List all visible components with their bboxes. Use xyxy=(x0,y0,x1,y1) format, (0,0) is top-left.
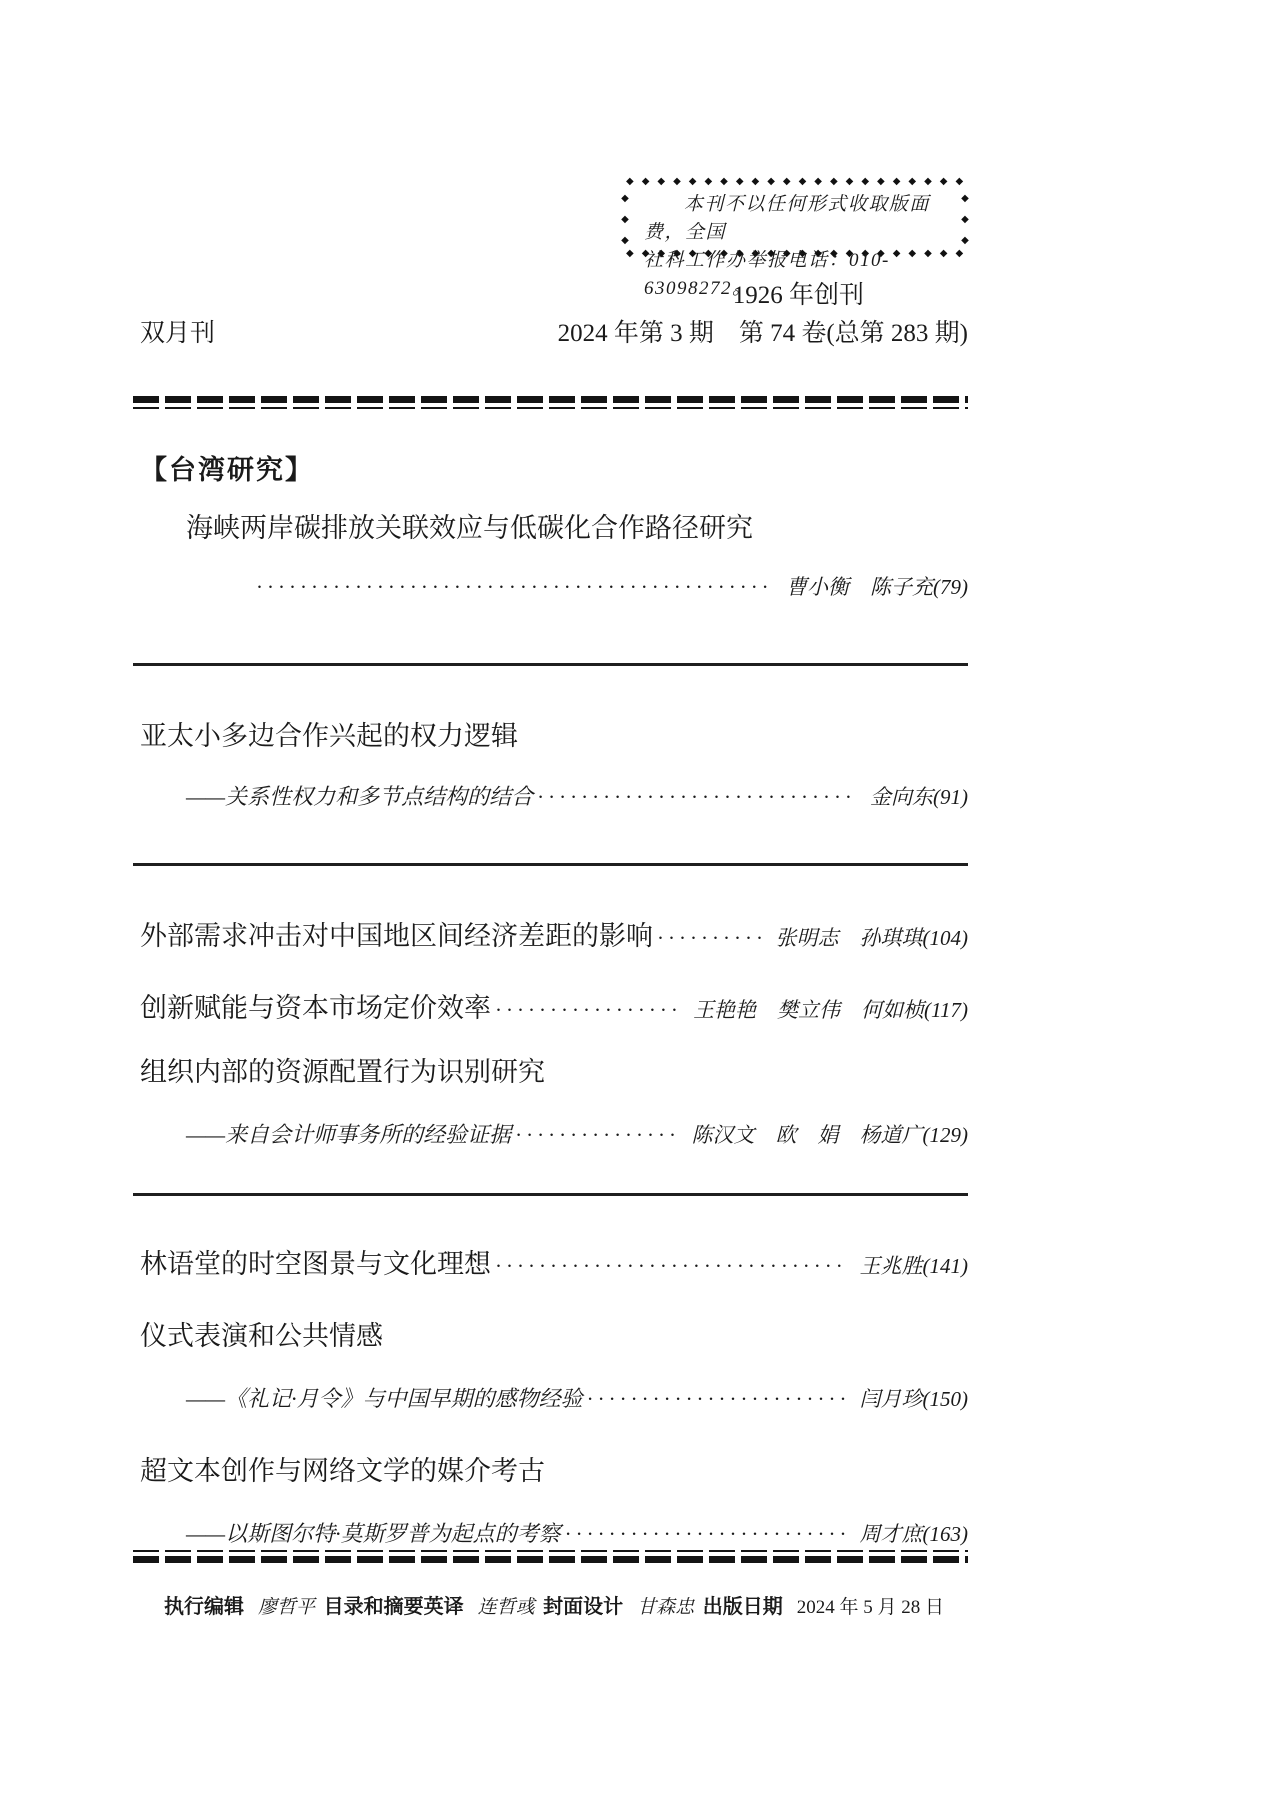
toc-entry: 海峡两岸碳排放关联效应与低碳化合作路径研究 曹小衡 陈子充(79) xyxy=(140,510,968,605)
diamond-border-top-icon xyxy=(626,176,964,188)
footer-value: 甘森忠 xyxy=(637,1592,694,1619)
toc-entry: 超文本创作与网络文学的媒介考古 ——以斯图尔特·莫斯罗普为起点的考察 周才庶(1… xyxy=(140,1453,968,1552)
subtitle-row: ——来自会计师事务所的经验证据 陈汉文 欧 娟 杨道广(129) xyxy=(140,1120,968,1153)
article-title: 超文本创作与网络文学的媒介考古 xyxy=(140,1453,968,1489)
footer-item-cover-design: 封面设计 甘森忠 xyxy=(543,1590,694,1619)
section-label-taiwan-studies: 【台湾研究】 xyxy=(140,452,968,488)
article-authors-page: 王艳艳 樊立伟 何如桢(117) xyxy=(685,995,968,1025)
separator-thick-line xyxy=(133,1556,968,1563)
footer-label: 封面设计 xyxy=(543,1590,623,1619)
article-title: 组织内部的资源配置行为识别研究 xyxy=(140,1054,968,1090)
separator-thick-line xyxy=(133,396,968,403)
article-authors-page: 陈汉文 欧 娟 杨道广(129) xyxy=(684,1120,969,1150)
toc-entry: 林语堂的时空图景与文化理想 王兆胜(141) xyxy=(140,1246,968,1284)
article-subtitle: ——来自会计师事务所的经验证据 xyxy=(186,1120,511,1150)
dot-leader xyxy=(587,1384,848,1417)
article-authors-page: 曹小衡 陈子充(79) xyxy=(778,572,968,602)
article-title: 仪式表演和公共情感 xyxy=(140,1318,968,1354)
footer-value: 2024 年 5 月 28 日 xyxy=(797,1592,944,1619)
diamond-border-left-icon xyxy=(619,188,631,248)
dot-leader xyxy=(537,782,858,815)
footer-value: 廖哲平 xyxy=(258,1592,315,1619)
section-rule xyxy=(133,1193,968,1196)
footer-value: 连哲彧 xyxy=(478,1592,535,1619)
frequency-label: 双月刊 xyxy=(140,319,215,349)
dot-leader xyxy=(256,572,774,605)
notice-box: 本刊不以任何形式收取版面费，全国 社科工作办举报电话：010-63098272。 xyxy=(622,180,968,256)
footer-separator xyxy=(133,1550,968,1563)
toc-entry: 亚太小多边合作兴起的权力逻辑 ——关系性权力和多节点结构的结合 金向东(91) xyxy=(140,718,968,815)
subtitle-row: ——关系性权力和多节点结构的结合 金向东(91) xyxy=(140,782,968,815)
subtitle-row: ——以斯图尔特·莫斯罗普为起点的考察 周才庶(163) xyxy=(140,1519,968,1552)
header-separator xyxy=(133,396,968,409)
notice-line-1: 本刊不以任何形式收取版面费，全国 xyxy=(644,191,954,247)
dot-leader xyxy=(495,995,681,1028)
separator-thin-line xyxy=(133,1550,968,1552)
issue-info: 2024 年第 3 期 第 74 卷(总第 283 期) xyxy=(558,319,968,349)
article-subtitle: ——以斯图尔特·莫斯罗普为起点的考察 xyxy=(186,1519,561,1549)
footer-label: 出版日期 xyxy=(703,1590,783,1619)
toc-entry: 外部需求冲击对中国地区间经济差距的影响 张明志 孙琪琪(104) xyxy=(140,918,968,956)
article-title: 创新赋能与资本市场定价效率 xyxy=(140,990,491,1026)
article-title: 外部需求冲击对中国地区间经济差距的影响 xyxy=(140,918,653,954)
article-authors-page: 闫月珍(150) xyxy=(852,1384,969,1414)
issue-row: 双月刊 2024 年第 3 期 第 74 卷(总第 283 期) xyxy=(140,319,968,349)
journal-toc-page: 本刊不以任何形式收取版面费，全国 社科工作办举报电话：010-63098272。… xyxy=(0,0,1269,1796)
dot-leader xyxy=(565,1519,848,1552)
article-title: 林语堂的时空图景与文化理想 xyxy=(140,1246,491,1282)
footer-credits: 执行编辑 廖哲平 目录和摘要英译 连哲彧 封面设计 甘森忠 出版日期 2024 … xyxy=(140,1590,968,1619)
footer-item-publish-date: 出版日期 2024 年 5 月 28 日 xyxy=(703,1590,944,1619)
toc-entry: 组织内部的资源配置行为识别研究 ——来自会计师事务所的经验证据 陈汉文 欧 娟 … xyxy=(140,1054,968,1153)
footer-item-translator: 目录和摘要英译 连哲彧 xyxy=(324,1590,535,1619)
subtitle-row: ——《礼记·月令》与中国早期的感物经验 闫月珍(150) xyxy=(140,1384,968,1417)
toc-entry: 创新赋能与资本市场定价效率 王艳艳 樊立伟 何如桢(117) xyxy=(140,990,968,1028)
article-authors-page: 张明志 孙琪琪(104) xyxy=(768,923,969,953)
article-authors-page: 金向东(91) xyxy=(862,782,968,812)
footer-label: 执行编辑 xyxy=(164,1590,244,1619)
dot-leader xyxy=(515,1120,679,1153)
article-title: 亚太小多边合作兴起的权力逻辑 xyxy=(140,718,968,754)
footer-label: 目录和摘要英译 xyxy=(324,1590,464,1619)
article-subtitle: ——《礼记·月令》与中国早期的感物经验 xyxy=(186,1384,583,1414)
article-authors-page: 周才庶(163) xyxy=(852,1519,969,1549)
dot-leader-row: 曹小衡 陈子充(79) xyxy=(140,572,968,605)
dot-leader xyxy=(657,923,764,956)
separator-thin-line xyxy=(133,407,968,409)
diamond-border-right-icon xyxy=(959,188,971,248)
footer-item-executive-editor: 执行编辑 廖哲平 xyxy=(164,1590,315,1619)
section-rule xyxy=(133,663,968,666)
section-rule xyxy=(133,863,968,866)
article-authors-page: 王兆胜(141) xyxy=(852,1251,969,1281)
toc-entry: 仪式表演和公共情感 ——《礼记·月令》与中国早期的感物经验 闫月珍(150) xyxy=(140,1318,968,1417)
masthead: 1926 年创刊 双月刊 2024 年第 3 期 第 74 卷(总第 283 期… xyxy=(140,281,968,349)
article-title: 海峡两岸碳排放关联效应与低碳化合作路径研究 xyxy=(140,510,968,546)
dot-leader xyxy=(495,1251,848,1284)
table-of-contents: 【台湾研究】 海峡两岸碳排放关联效应与低碳化合作路径研究 曹小衡 陈子充(79)… xyxy=(140,412,968,1552)
founded-year: 1926 年创刊 xyxy=(140,281,968,311)
article-subtitle: ——关系性权力和多节点结构的结合 xyxy=(186,782,533,812)
